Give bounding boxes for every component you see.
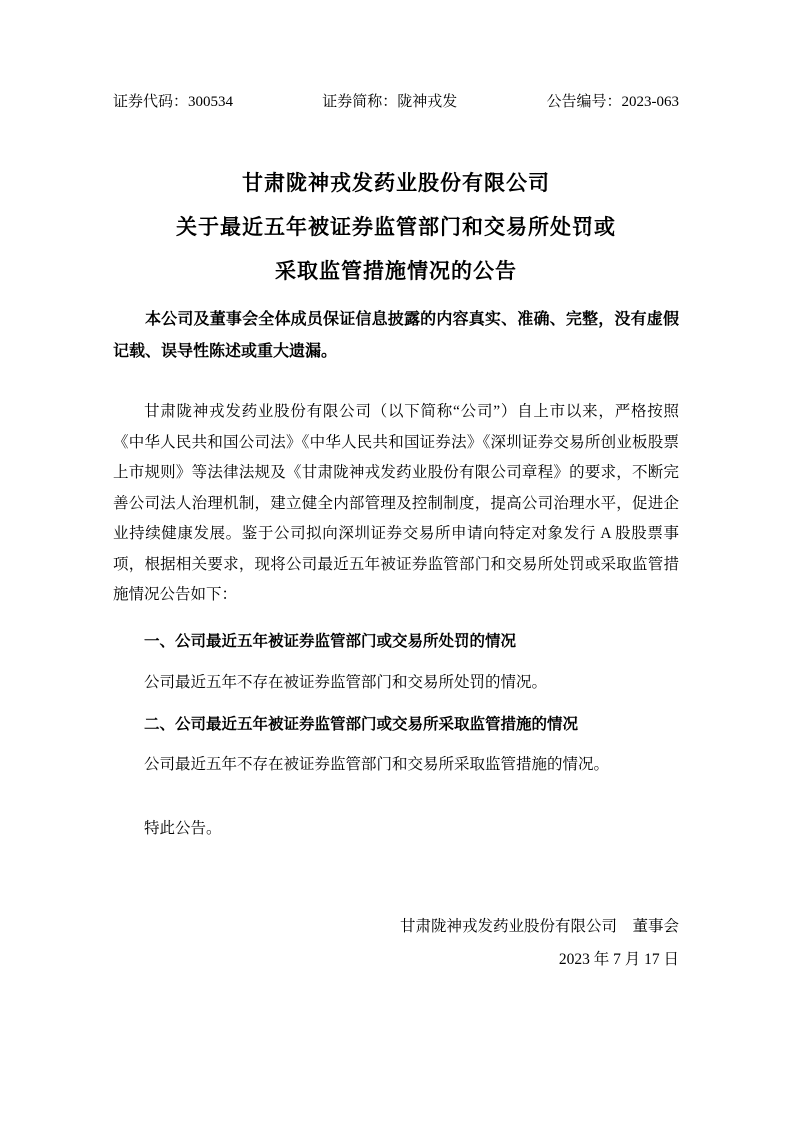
section2-heading: 二、公司最近五年被证券监管部门或交易所采取监管措施的情况 — [113, 710, 679, 740]
section1-text: 公司最近五年不存在被证券监管部门和交易所处罚的情况。 — [113, 668, 679, 699]
signature-company-line: 甘肃陇神戎发药业股份有限公司 董事会 — [113, 910, 679, 943]
announcement-document-page: 证券代码：300534 证券简称：陇神戎发 公告编号：2023-063 甘肃陇神… — [0, 0, 793, 1122]
section1-heading: 一、公司最近五年被证券监管部门或交易所处罚的情况 — [113, 627, 679, 657]
signature-block: 甘肃陇神戎发药业股份有限公司 董事会 2023 年 7 月 17 日 — [113, 910, 679, 976]
intro-paragraph: 甘肃陇神戎发药业股份有限公司（以下简称“公司”）自上市以来，严格按照《中华人民共… — [113, 397, 679, 611]
document-header: 证券代码：300534 证券简称：陇神戎发 公告编号：2023-063 — [113, 92, 679, 112]
closing-statement: 特此公告。 — [113, 814, 679, 845]
board-declaration-paragraph: 本公司及董事会全体成员保证信息披露的内容真实、准确、完整，没有虚假记载、误导性陈… — [113, 304, 679, 368]
stock-name-label: 证券简称：陇神戎发 — [322, 92, 457, 112]
document-title: 甘肃陇神戎发药业股份有限公司 关于最近五年被证券监管部门和交易所处罚或 采取监管… — [113, 162, 679, 294]
section2-text: 公司最近五年不存在被证券监管部门和交易所采取监管措施的情况。 — [113, 750, 679, 781]
stock-code-label: 证券代码：300534 — [113, 92, 233, 112]
title-line-2: 关于最近五年被证券监管部门和交易所处罚或 — [113, 206, 679, 250]
announcement-number-label: 公告编号：2023-063 — [547, 92, 680, 112]
title-line-1: 甘肃陇神戎发药业股份有限公司 — [113, 162, 679, 206]
title-line-3: 采取监管措施情况的公告 — [113, 250, 679, 294]
signature-date-line: 2023 年 7 月 17 日 — [113, 943, 679, 976]
